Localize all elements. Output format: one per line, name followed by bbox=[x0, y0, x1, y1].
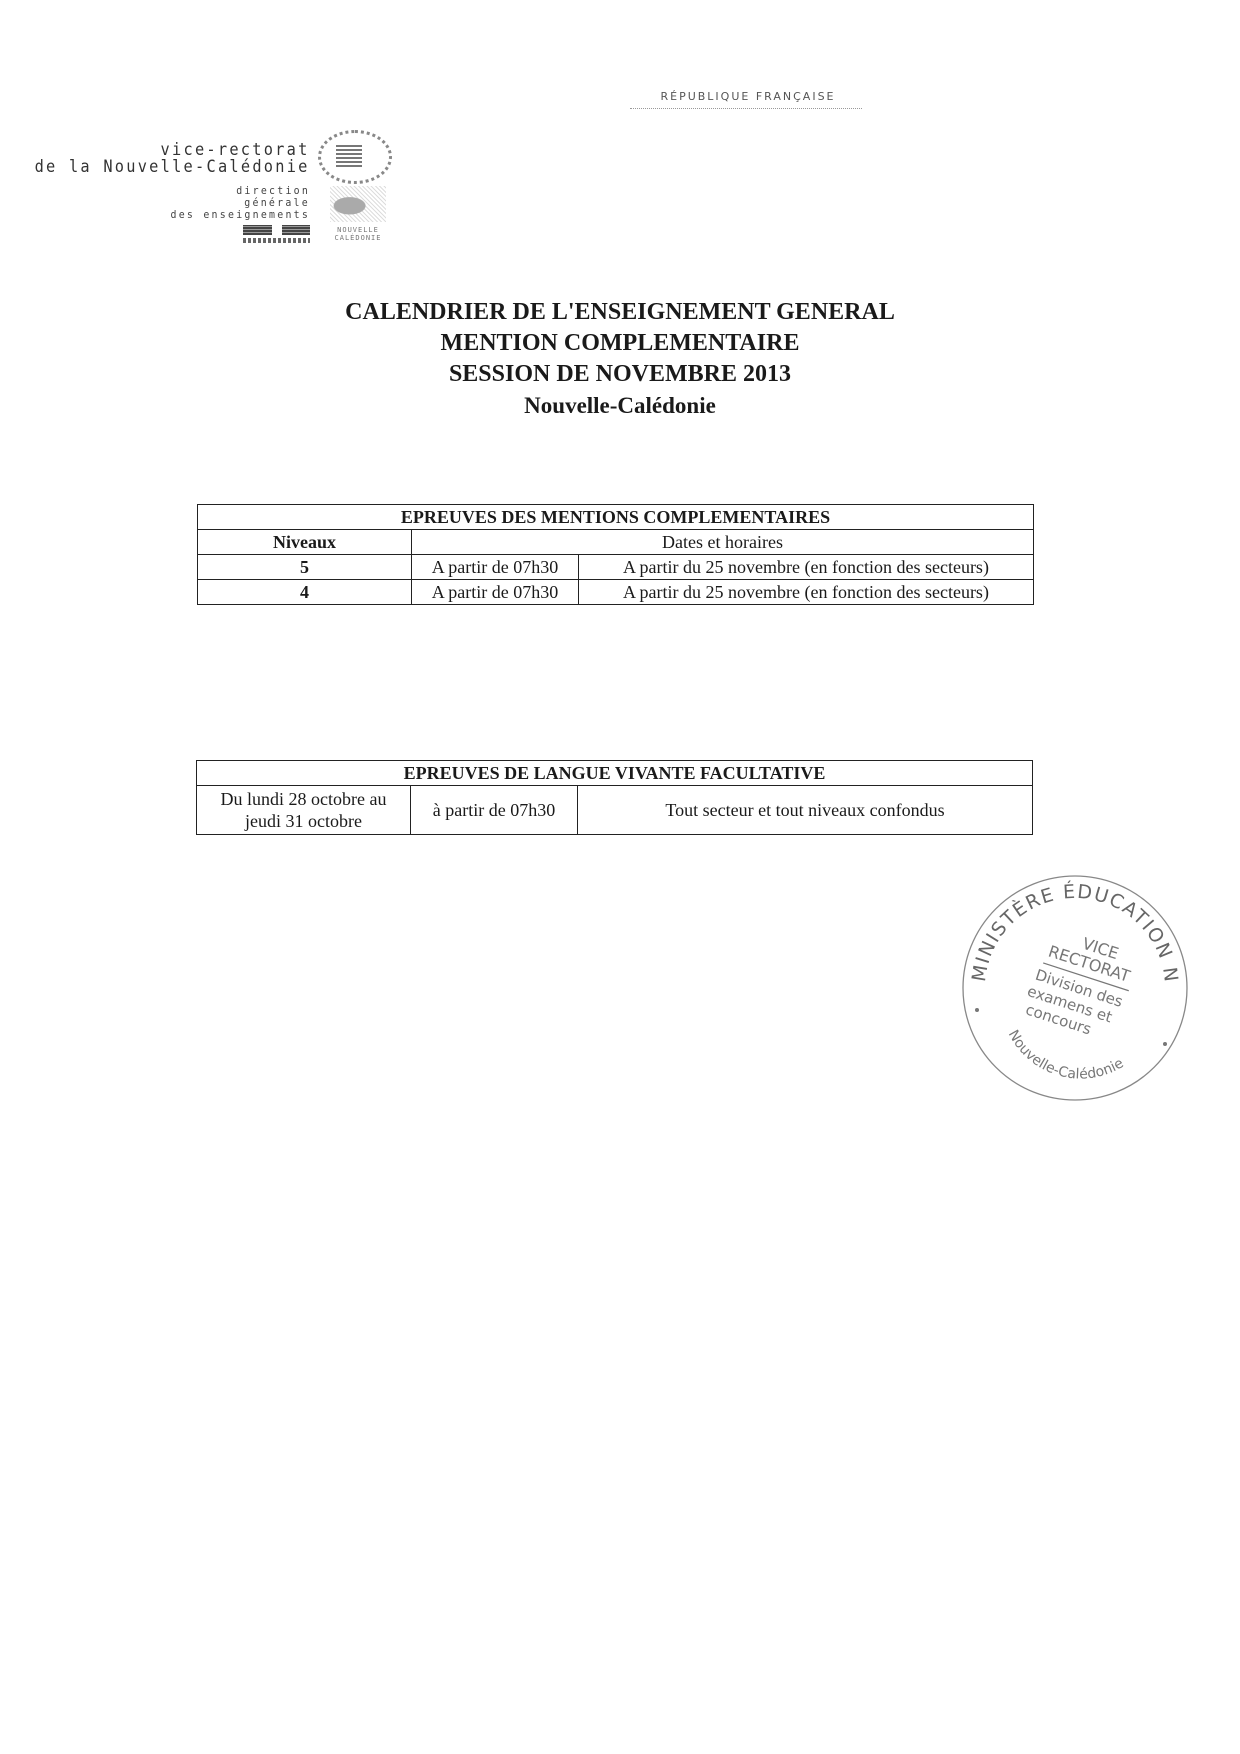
republique-francaise-heading: RÉPUBLIQUE FRANÇAISE bbox=[628, 90, 868, 103]
cell-niveau: 4 bbox=[198, 580, 412, 605]
table-caption-row: EPREUVES DE LANGUE VIVANTE FACULTATIVE bbox=[197, 761, 1033, 786]
document-title: CALENDRIER DE L'ENSEIGNEMENT GENERAL MEN… bbox=[0, 297, 1240, 421]
table-caption-row: EPREUVES DES MENTIONS COMPLEMENTAIRES bbox=[198, 505, 1034, 530]
e-letter-icon bbox=[336, 143, 362, 167]
title-line-1: CALENDRIER DE L'ENSEIGNEMENT GENERAL bbox=[0, 297, 1240, 328]
title-line-4: Nouvelle-Calédonie bbox=[0, 390, 1240, 421]
table-row: Du lundi 28 octobre au jeudi 31 octobre … bbox=[197, 786, 1033, 835]
stamp-ring-bottom-text: Nouvelle-Calédonie bbox=[1005, 1027, 1127, 1082]
title-line-2: MENTION COMPLEMENTAIRE bbox=[0, 328, 1240, 359]
table-caption: EPREUVES DES MENTIONS COMPLEMENTAIRES bbox=[198, 505, 1034, 530]
header-niveaux: Niveaux bbox=[198, 530, 412, 555]
cell-heure: A partir de 07h30 bbox=[412, 580, 579, 605]
header-dates-horaires: Dates et horaires bbox=[412, 530, 1034, 555]
nouvelle-caledonie-map-icon bbox=[330, 186, 386, 222]
stamp-dot-left bbox=[975, 1008, 979, 1012]
cell-heure: à partir de 07h30 bbox=[411, 786, 578, 835]
cell-heure: A partir de 07h30 bbox=[412, 555, 579, 580]
cell-dates: A partir du 25 novembre (en fonction des… bbox=[579, 580, 1034, 605]
flag-gap bbox=[272, 225, 282, 235]
cell-niveau: 5 bbox=[198, 555, 412, 580]
table-header-row: Niveaux Dates et horaires bbox=[198, 530, 1034, 555]
logo-line-nouvelle-caledonie: de la Nouvelle-Calédonie bbox=[35, 157, 310, 177]
title-line-3: SESSION DE NOVEMBRE 2013 bbox=[0, 359, 1240, 390]
mentions-complementaires-table: EPREUVES DES MENTIONS COMPLEMENTAIRES Ni… bbox=[197, 504, 1034, 605]
table-caption: EPREUVES DE LANGUE VIVANTE FACULTATIVE bbox=[197, 761, 1033, 786]
nouvelle-caledonie-caption: NOUVELLE CALÉDONIE bbox=[328, 226, 388, 242]
cell-portee: Tout secteur et tout niveaux confondus bbox=[578, 786, 1033, 835]
flag-caption bbox=[243, 238, 310, 243]
periode-line-2: jeudi 31 octobre bbox=[197, 810, 410, 832]
republique-divider bbox=[630, 108, 862, 109]
official-stamp: MINISTÈRE ÉDUCATION NATIONALE Nouvelle-C… bbox=[955, 868, 1195, 1108]
cell-dates: A partir du 25 novembre (en fonction des… bbox=[579, 555, 1034, 580]
cell-periode: Du lundi 28 octobre au jeudi 31 octobre bbox=[197, 786, 411, 835]
periode-line-1: Du lundi 28 octobre au bbox=[197, 788, 410, 810]
stamp-dot-right bbox=[1163, 1042, 1167, 1046]
langue-vivante-table: EPREUVES DE LANGUE VIVANTE FACULTATIVE D… bbox=[196, 760, 1033, 835]
logo-line-enseignements: des enseignements bbox=[170, 208, 310, 221]
table-row: 4 A partir de 07h30 A partir du 25 novem… bbox=[198, 580, 1034, 605]
table-row: 5 A partir de 07h30 A partir du 25 novem… bbox=[198, 555, 1034, 580]
